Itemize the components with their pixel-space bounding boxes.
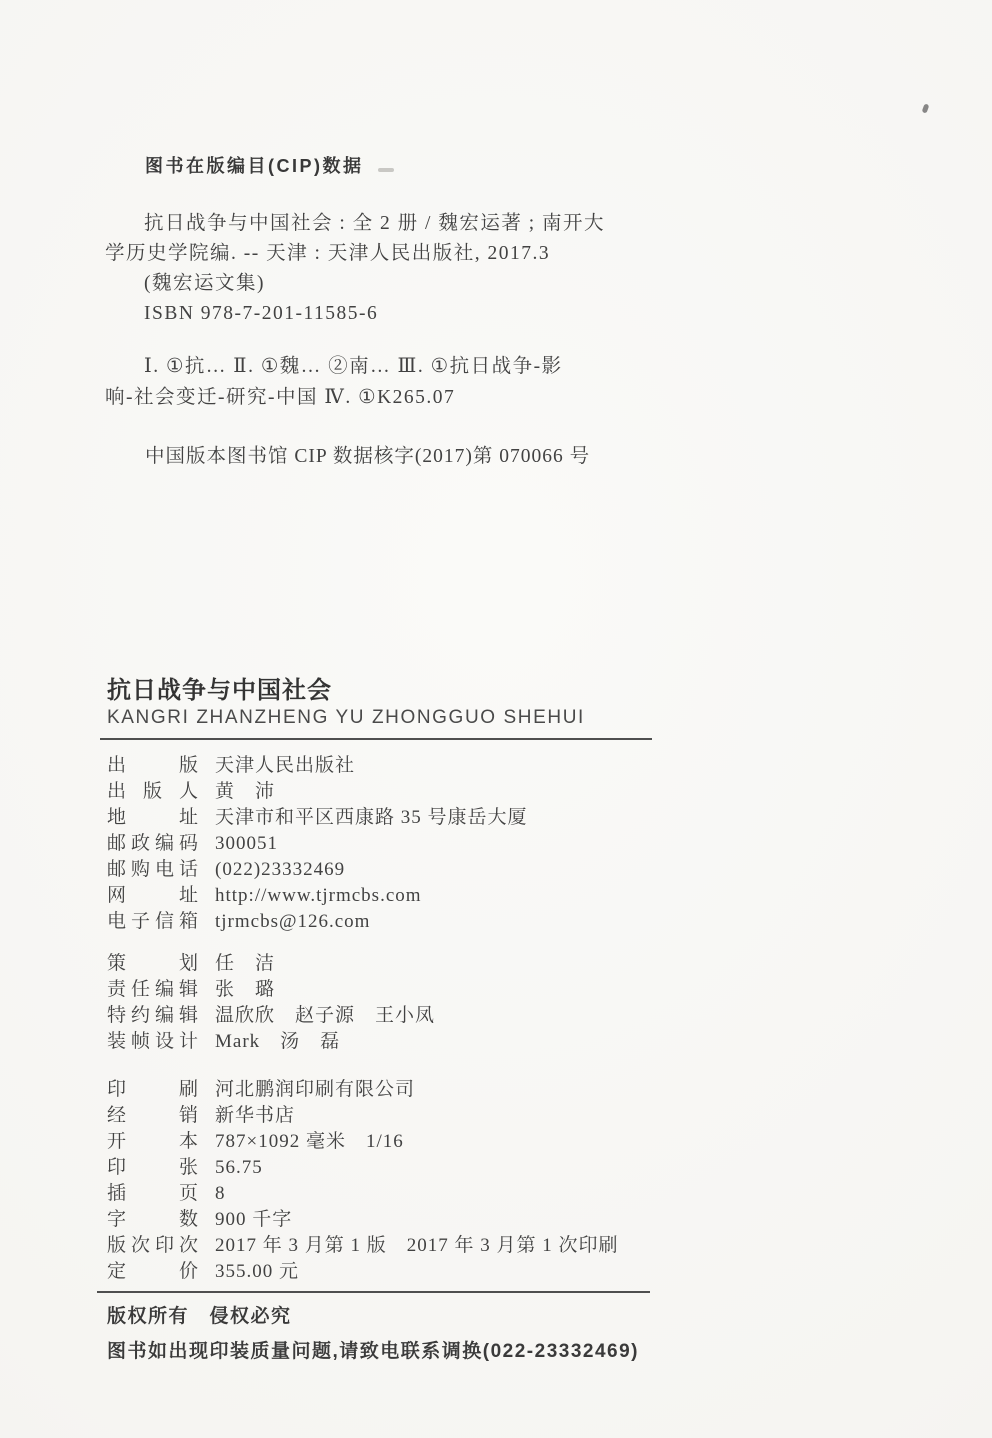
row-value: 56.75 xyxy=(215,1157,263,1179)
publication-info: 出版 天津人民出版社 出版人 黄 沛 地址 天津市和平区西康路 35 号康岳大厦… xyxy=(107,750,727,932)
printing-row: 版次印次 2017 年 3 月第 1 版 2017 年 3 月第 1 次印刷 xyxy=(107,1230,727,1256)
publication-row: 地址 天津市和平区西康路 35 号康岳大厦 xyxy=(107,802,727,828)
colophon-page: 图书在版编目(CIP)数据 抗日战争与中国社会 : 全 2 册 / 魏宏运著 ;… xyxy=(0,0,992,1438)
publication-row: 网址 http://www.tjrmcbs.com xyxy=(107,880,727,906)
row-label: 定价 xyxy=(107,1256,199,1283)
row-value: 300051 xyxy=(215,833,278,855)
staff-row: 策划 任 洁 xyxy=(107,948,727,974)
quality-notice: 图书如出现印装质量问题,请致电联系调换(022-23332469) xyxy=(107,1334,727,1369)
cip-paragraph: 抗日战争与中国社会 : 全 2 册 / 魏宏运著 ; 南开大 学历史学院编. -… xyxy=(105,209,685,329)
divider-rule-top xyxy=(100,738,652,740)
printing-row: 开本 787×1092 毫米 1/16 xyxy=(107,1126,727,1152)
row-label: 邮政编码 xyxy=(107,828,199,855)
row-value: 2017 年 3 月第 1 版 2017 年 3 月第 1 次印刷 xyxy=(215,1230,619,1257)
row-value: 河北鹏润印刷有限公司 xyxy=(215,1074,415,1101)
cip-registration: 中国版本图书馆 CIP 数据核字(2017)第 070066 号 xyxy=(145,440,590,468)
copyright-notice: 版权所有 侵权必究 xyxy=(107,1299,727,1334)
row-label: 策划 xyxy=(107,948,199,975)
printing-row: 经销 新华书店 xyxy=(107,1100,727,1126)
cip-classification: Ⅰ. ①抗… Ⅱ. ①魏… ②南… Ⅲ. ①抗日战争-影 响-社会变迁-研究-中… xyxy=(105,351,685,413)
printing-row: 印刷 河北鹏润印刷有限公司 xyxy=(107,1074,727,1100)
row-value: 天津人民出版社 xyxy=(215,750,355,777)
printing-row: 印张 56.75 xyxy=(107,1152,727,1178)
cip-line: 学历史学院编. -- 天津 : 天津人民出版社, 2017.3 xyxy=(105,239,685,269)
publication-row: 出版 天津人民出版社 xyxy=(107,750,727,776)
row-value: 355.00 元 xyxy=(215,1256,299,1283)
row-label: 出版 xyxy=(107,750,199,777)
staff-info: 策划 任 洁 责任编辑 张 璐 特约编辑 温欣欣 赵子源 王小凤 装帧设计 Ma… xyxy=(107,948,727,1052)
row-value: 黄 沛 xyxy=(215,776,275,803)
cip-isbn-line: ISBN 978-7-201-11585-6 xyxy=(105,299,685,329)
cip-header: 图书在版编目(CIP)数据 xyxy=(145,152,364,178)
staff-row: 装帧设计 Mark 汤 磊 xyxy=(107,1026,727,1052)
row-value: 900 千字 xyxy=(215,1204,292,1231)
row-value: 天津市和平区西康路 35 号康岳大厦 xyxy=(215,802,528,829)
row-label: 印张 xyxy=(107,1152,199,1179)
staff-row: 责任编辑 张 璐 xyxy=(107,974,727,1000)
row-value: 温欣欣 赵子源 王小凤 xyxy=(215,1000,435,1027)
row-label: 电子信箱 xyxy=(107,906,199,933)
copyright-footer: 版权所有 侵权必究 图书如出现印装质量问题,请致电联系调换(022-233324… xyxy=(107,1299,727,1369)
publication-row: 电子信箱 tjrmcbs@126.com xyxy=(107,906,727,932)
row-label: 经销 xyxy=(107,1100,199,1127)
publication-row: 出版人 黄 沛 xyxy=(107,776,727,802)
row-label: 网址 xyxy=(107,880,199,907)
row-value: 张 璐 xyxy=(215,974,275,1001)
book-title-pinyin: KANGRI ZHANZHENG YU ZHONGGUO SHEHUI xyxy=(107,707,585,729)
classification-line: Ⅰ. ①抗… Ⅱ. ①魏… ②南… Ⅲ. ①抗日战争-影 xyxy=(105,351,685,382)
printing-row: 字数 900 千字 xyxy=(107,1204,727,1230)
scan-artifact xyxy=(922,103,930,113)
book-title: 抗日战争与中国社会 xyxy=(107,670,332,705)
row-value: 787×1092 毫米 1/16 xyxy=(215,1126,404,1153)
cip-series-line: (魏宏运文集) xyxy=(105,269,685,299)
row-value: (022)23332469 xyxy=(215,859,345,881)
row-value: 新华书店 xyxy=(215,1100,295,1127)
publisher-url: http://www.tjrmcbs.com xyxy=(215,885,422,907)
row-value: Mark 汤 磊 xyxy=(215,1026,340,1053)
row-label: 特约编辑 xyxy=(107,1000,199,1027)
scan-artifact xyxy=(378,168,394,172)
row-value: 8 xyxy=(215,1183,226,1205)
row-label: 地址 xyxy=(107,802,199,829)
publisher-email: tjrmcbs@126.com xyxy=(215,911,370,933)
printing-row: 定价 355.00 元 xyxy=(107,1256,727,1282)
row-label: 插页 xyxy=(107,1178,199,1205)
row-label: 装帧设计 xyxy=(107,1026,199,1053)
publication-row: 邮政编码 300051 xyxy=(107,828,727,854)
publication-row: 邮购电话 (022)23332469 xyxy=(107,854,727,880)
staff-row: 特约编辑 温欣欣 赵子源 王小凤 xyxy=(107,1000,727,1026)
printing-info: 印刷 河北鹏润印刷有限公司 经销 新华书店 开本 787×1092 毫米 1/1… xyxy=(107,1074,727,1282)
row-value: 任 洁 xyxy=(215,948,275,975)
row-label: 邮购电话 xyxy=(107,854,199,881)
row-label: 字数 xyxy=(107,1204,199,1231)
cip-line: 抗日战争与中国社会 : 全 2 册 / 魏宏运著 ; 南开大 xyxy=(105,209,685,239)
classification-line: 响-社会变迁-研究-中国 Ⅳ. ①K265.07 xyxy=(105,382,685,413)
row-label: 出版人 xyxy=(107,776,199,803)
row-label: 开本 xyxy=(107,1126,199,1153)
divider-rule-bottom xyxy=(97,1291,650,1293)
printing-row: 插页 8 xyxy=(107,1178,727,1204)
row-label: 责任编辑 xyxy=(107,974,199,1001)
row-label: 版次印次 xyxy=(107,1230,199,1257)
row-label: 印刷 xyxy=(107,1074,199,1101)
